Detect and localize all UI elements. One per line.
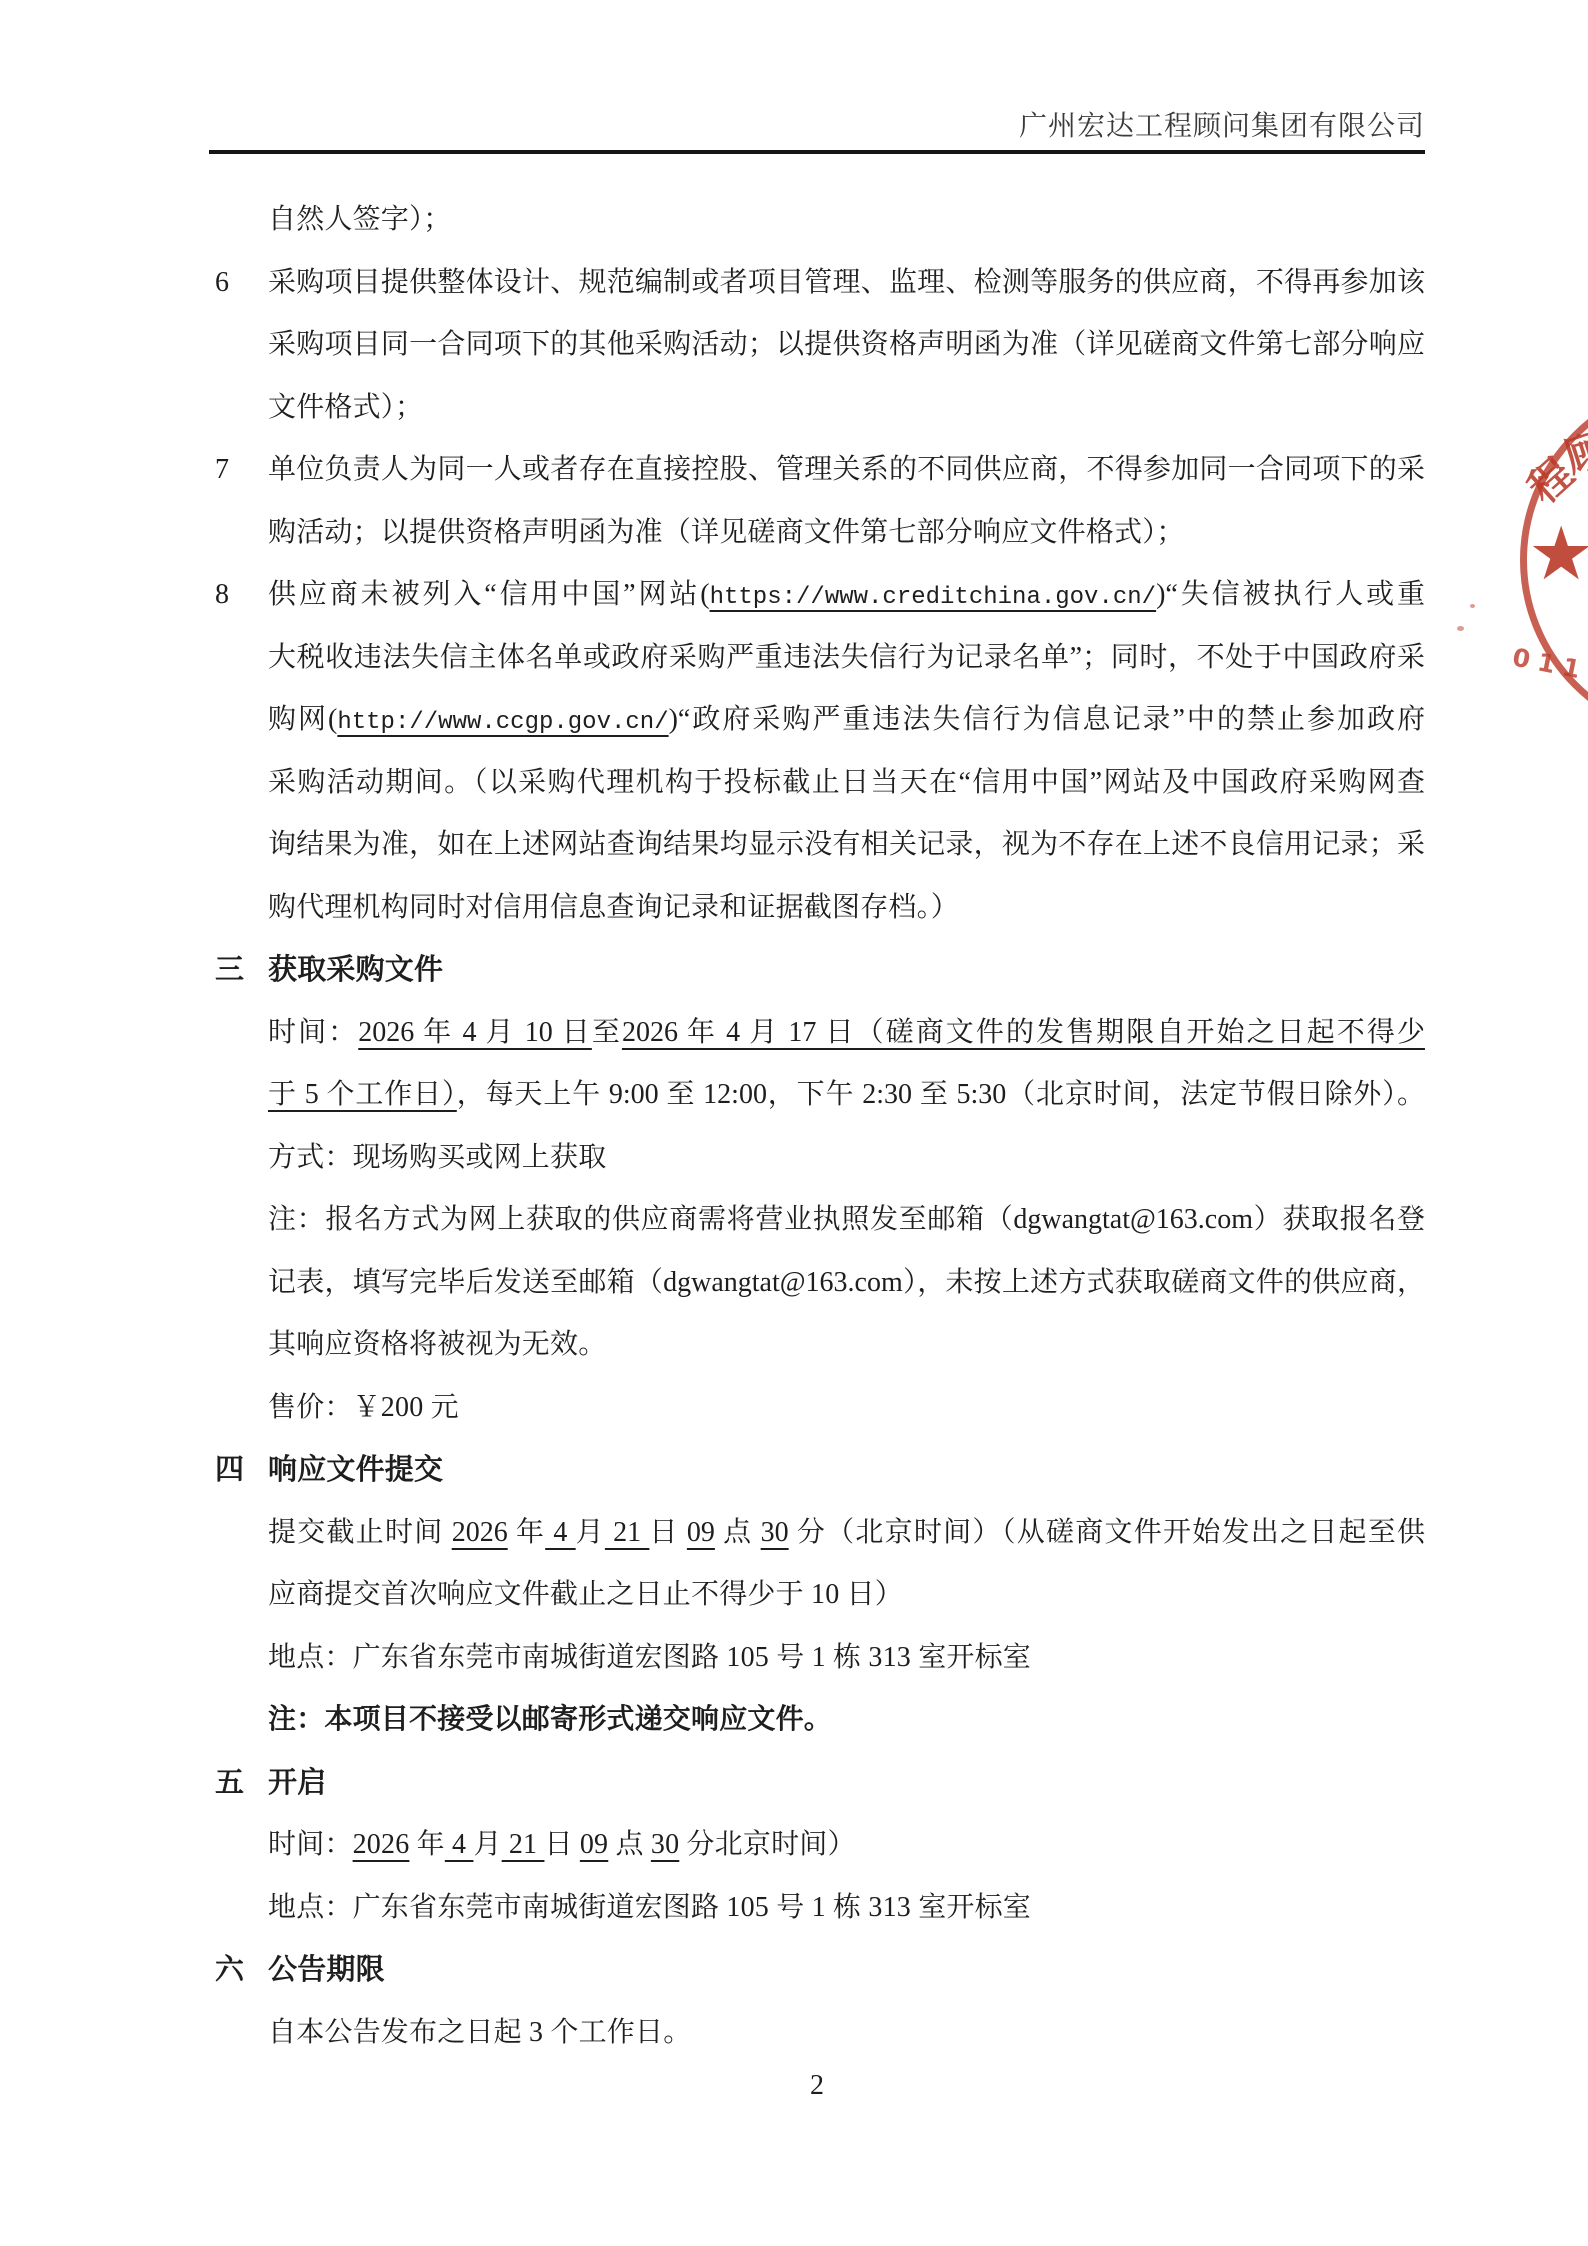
- text-line: 时间：2026 年 4 月 21 日 09 点 30 分北京时间）: [268, 1814, 1425, 1876]
- text-segment: 询结果为准，如在上述网站查询结果均显示没有相关记录，视为不存在上述不良信用记录；…: [268, 829, 1425, 860]
- text-line: 询结果为准，如在上述网站查询结果均显示没有相关记录，视为不存在上述不良信用记录；…: [268, 814, 1425, 876]
- text-segment: ，每天上午 9:00 至 12:00，下午 2:30 至 5:30（北京时间，法…: [457, 1079, 1425, 1110]
- text-line: 购活动；以提供资格声明函为准（详见磋商文件第七部分响应文件格式）；: [268, 502, 1425, 564]
- text-segment: 4: [545, 1517, 575, 1548]
- text-segment: 分（北京时间）（从磋商文件开始发出之日起至供: [789, 1517, 1425, 1548]
- section-number: 六: [215, 1939, 265, 2001]
- text-segment: 地点：广东省东莞市南城街道宏图路 105 号 1 栋 313 室开标室: [268, 1892, 1031, 1923]
- text-segment: 2026: [452, 1517, 508, 1548]
- text-segment: 应商提交首次响应文件截止之日止不得少于 10 日）: [268, 1579, 903, 1610]
- text-segment: 地点：广东省东莞市南城街道宏图路 105 号 1 栋 313 室开标室: [268, 1642, 1031, 1673]
- text-line: 购网(http://www.ccgp.gov.cn/)“政府采购严重违法失信行为…: [268, 689, 1425, 751]
- text-line: 售价：￥200 元: [268, 1377, 1425, 1439]
- text-segment: 年: [508, 1517, 545, 1548]
- text-line: 地点：广东省东莞市南城街道宏图路 105 号 1 栋 313 室开标室: [268, 1627, 1425, 1689]
- text-segment: 21: [605, 1517, 649, 1548]
- page-header-company: 广州宏达工程顾问集团有限公司: [209, 106, 1425, 148]
- text-line: 大税收违法失信主体名单或政府采购严重违法失信行为记录名单”；同时，不处于中国政府…: [268, 627, 1425, 689]
- text-line: 采购项目同一合同项下的其他采购活动；以提供资格声明函为准（详见磋商文件第七部分响…: [268, 314, 1425, 376]
- text-segment: 自然人签字）；: [268, 204, 451, 235]
- text-line: 时间：2026 年 4 月 10 日至2026 年 4 月 17 日（磋商文件的…: [268, 1002, 1425, 1064]
- text-line: 提交截止时间 2026 年 4 月 21 日 09 点 30 分（北京时间）（从…: [268, 1502, 1425, 1564]
- text-segment: 方式：现场购买或网上获取: [268, 1142, 606, 1173]
- text-segment: 记表，填写完毕后发送至邮箱（dgwangtat@163.com），未按上述方式获…: [268, 1267, 1425, 1298]
- section-heading: 获取采购文件: [268, 939, 1425, 1001]
- text-line: 采购活动期间。（以采购代理机构于投标截止日当天在“信用中国”网站及中国政府采购网…: [268, 752, 1425, 814]
- text-segment: 4: [445, 1829, 474, 1860]
- text-segment: 时间：: [268, 1829, 353, 1860]
- header-divider: [209, 150, 1425, 154]
- text-segment: 09: [580, 1829, 608, 1860]
- seal-star-icon: ★: [1528, 518, 1588, 592]
- text-segment: 点: [608, 1829, 651, 1860]
- item-number: 8: [215, 564, 265, 626]
- text-segment: 点: [715, 1517, 761, 1548]
- text-segment: 采购项目提供整体设计、规范编制或者项目管理、监理、检测等服务的供应商，不得再参加…: [268, 267, 1425, 298]
- section-heading: 开启: [268, 1752, 1425, 1814]
- section-number: 三: [215, 939, 265, 1001]
- text-line: 于 5 个工作日），每天上午 9:00 至 12:00，下午 2:30 至 5:…: [268, 1064, 1425, 1126]
- text-segment: 大税收违法失信主体名单或政府采购严重违法失信行为记录名单”；同时，不处于中国政府…: [268, 642, 1425, 673]
- text-segment: 至: [592, 1017, 622, 1048]
- section-heading: 公告期限: [268, 1939, 1425, 2001]
- text-line: 文件格式）；: [268, 377, 1425, 439]
- text-line: 单位负责人为同一人或者存在直接控股、管理关系的不同供应商，不得参加同一合同项下的…: [268, 439, 1425, 501]
- text-line: 记表，填写完毕后发送至邮箱（dgwangtat@163.com），未按上述方式获…: [268, 1252, 1425, 1314]
- text-line: 供应商未被列入“信用中国”网站(https://www.creditchina.…: [268, 564, 1425, 626]
- text-segment: 30: [761, 1517, 789, 1548]
- text-segment: 售价：￥200 元: [268, 1392, 459, 1423]
- text-segment: 分北京时间）: [679, 1829, 855, 1860]
- text-line: 方式：现场购买或网上获取: [268, 1127, 1425, 1189]
- text-segment: 单位负责人为同一人或者存在直接控股、管理关系的不同供应商，不得参加同一合同项下的…: [268, 454, 1425, 485]
- seal-text-char: 顾: [1561, 427, 1588, 480]
- seal-border: [1520, 380, 1588, 740]
- text-segment: 日: [544, 1829, 579, 1860]
- text-segment: 其响应资格将被视为无效。: [268, 1329, 606, 1360]
- text-segment: 购代理机构同时对信用信息查询记录和证据截图存档。）: [268, 892, 959, 923]
- item-number: 6: [215, 252, 265, 314]
- text-segment: 采购项目同一合同项下的其他采购活动；以提供资格声明函为准（详见磋商文件第七部分响…: [268, 329, 1425, 360]
- text-segment: 2026 年 4 月 17 日（磋商文件的发售期限自开始之日起不得少: [622, 1017, 1425, 1048]
- text-segment: 2026 年 4 月 10 日: [358, 1017, 592, 1048]
- text-segment: 注：本项目不接受以邮寄形式递交响应文件。: [268, 1704, 832, 1735]
- seal-ink-speck: [1457, 626, 1464, 631]
- text-segment: 获取采购文件: [268, 954, 443, 986]
- url-link[interactable]: https://www.creditchina.gov.cn/: [710, 584, 1156, 611]
- document-page: 广州宏达工程顾问集团有限公司 自然人签字）；6采购项目提供整体设计、规范编制或者…: [0, 0, 1588, 2246]
- text-segment: 09: [687, 1517, 715, 1548]
- text-line: 注：报名方式为网上获取的供应商需将营业执照发至邮箱（dgwangtat@163.…: [268, 1189, 1425, 1251]
- page-number: 2: [209, 2070, 1425, 2102]
- text-segment: 日: [649, 1517, 686, 1548]
- text-line: 购代理机构同时对信用信息查询记录和证据截图存档。）: [268, 877, 1425, 939]
- seal-digits: 0112: [1511, 645, 1588, 689]
- section-heading: 响应文件提交: [268, 1439, 1425, 1501]
- text-segment: 采购活动期间。（以采购代理机构于投标截止日当天在“信用中国”网站及中国政府采购网…: [268, 767, 1425, 798]
- text-line: 地点：广东省东莞市南城街道宏图路 105 号 1 栋 313 室开标室: [268, 1877, 1425, 1939]
- url-link[interactable]: http://www.ccgp.gov.cn/: [337, 709, 668, 736]
- text-segment: 月: [473, 1829, 501, 1860]
- text-segment: 文件格式）；: [268, 392, 423, 423]
- text-segment: 购网(: [268, 704, 337, 735]
- text-segment: 供应商未被列入“信用中国”网站(: [268, 579, 710, 610]
- item-number: 7: [215, 439, 265, 501]
- text-segment: 响应文件提交: [268, 1454, 443, 1486]
- text-line: 自本公告发布之日起 3 个工作日。: [268, 2002, 1425, 2064]
- text-segment: 自本公告发布之日起 3 个工作日。: [268, 2017, 691, 2048]
- text-segment: 21: [502, 1829, 545, 1860]
- text-segment: 月: [576, 1517, 605, 1548]
- section-number: 五: [215, 1752, 265, 1814]
- text-segment: 时间：: [268, 1017, 358, 1048]
- text-line: 注：本项目不接受以邮寄形式递交响应文件。: [268, 1689, 1425, 1751]
- text-segment: 2026: [353, 1829, 410, 1860]
- seal-text-char: 程: [1521, 451, 1580, 510]
- text-segment: 年: [409, 1829, 444, 1860]
- text-segment: 于 5 个工作日）: [268, 1079, 457, 1110]
- seal-ink-speck: [1470, 604, 1475, 608]
- text-line: 采购项目提供整体设计、规范编制或者项目管理、监理、检测等服务的供应商，不得再参加…: [268, 252, 1425, 314]
- text-segment: 注：报名方式为网上获取的供应商需将营业执照发至邮箱（dgwangtat@163.…: [268, 1204, 1425, 1235]
- text-segment: )“失信被执行人或重: [1156, 579, 1425, 610]
- text-line: 应商提交首次响应文件截止之日止不得少于 10 日）: [268, 1564, 1425, 1626]
- text-segment: )“政府采购严重违法失信行为信息记录”中的禁止参加政府: [669, 704, 1425, 735]
- text-segment: 开启: [268, 1767, 326, 1799]
- text-segment: 购活动；以提供资格声明函为准（详见磋商文件第七部分响应文件格式）；: [268, 517, 1185, 548]
- text-line: 其响应资格将被视为无效。: [268, 1314, 1425, 1376]
- text-segment: 公告期限: [268, 1954, 385, 1986]
- text-segment: 30: [651, 1829, 679, 1860]
- text-segment: 提交截止时间: [268, 1517, 452, 1548]
- text-line: 自然人签字）；: [268, 189, 1425, 251]
- section-number: 四: [215, 1439, 265, 1501]
